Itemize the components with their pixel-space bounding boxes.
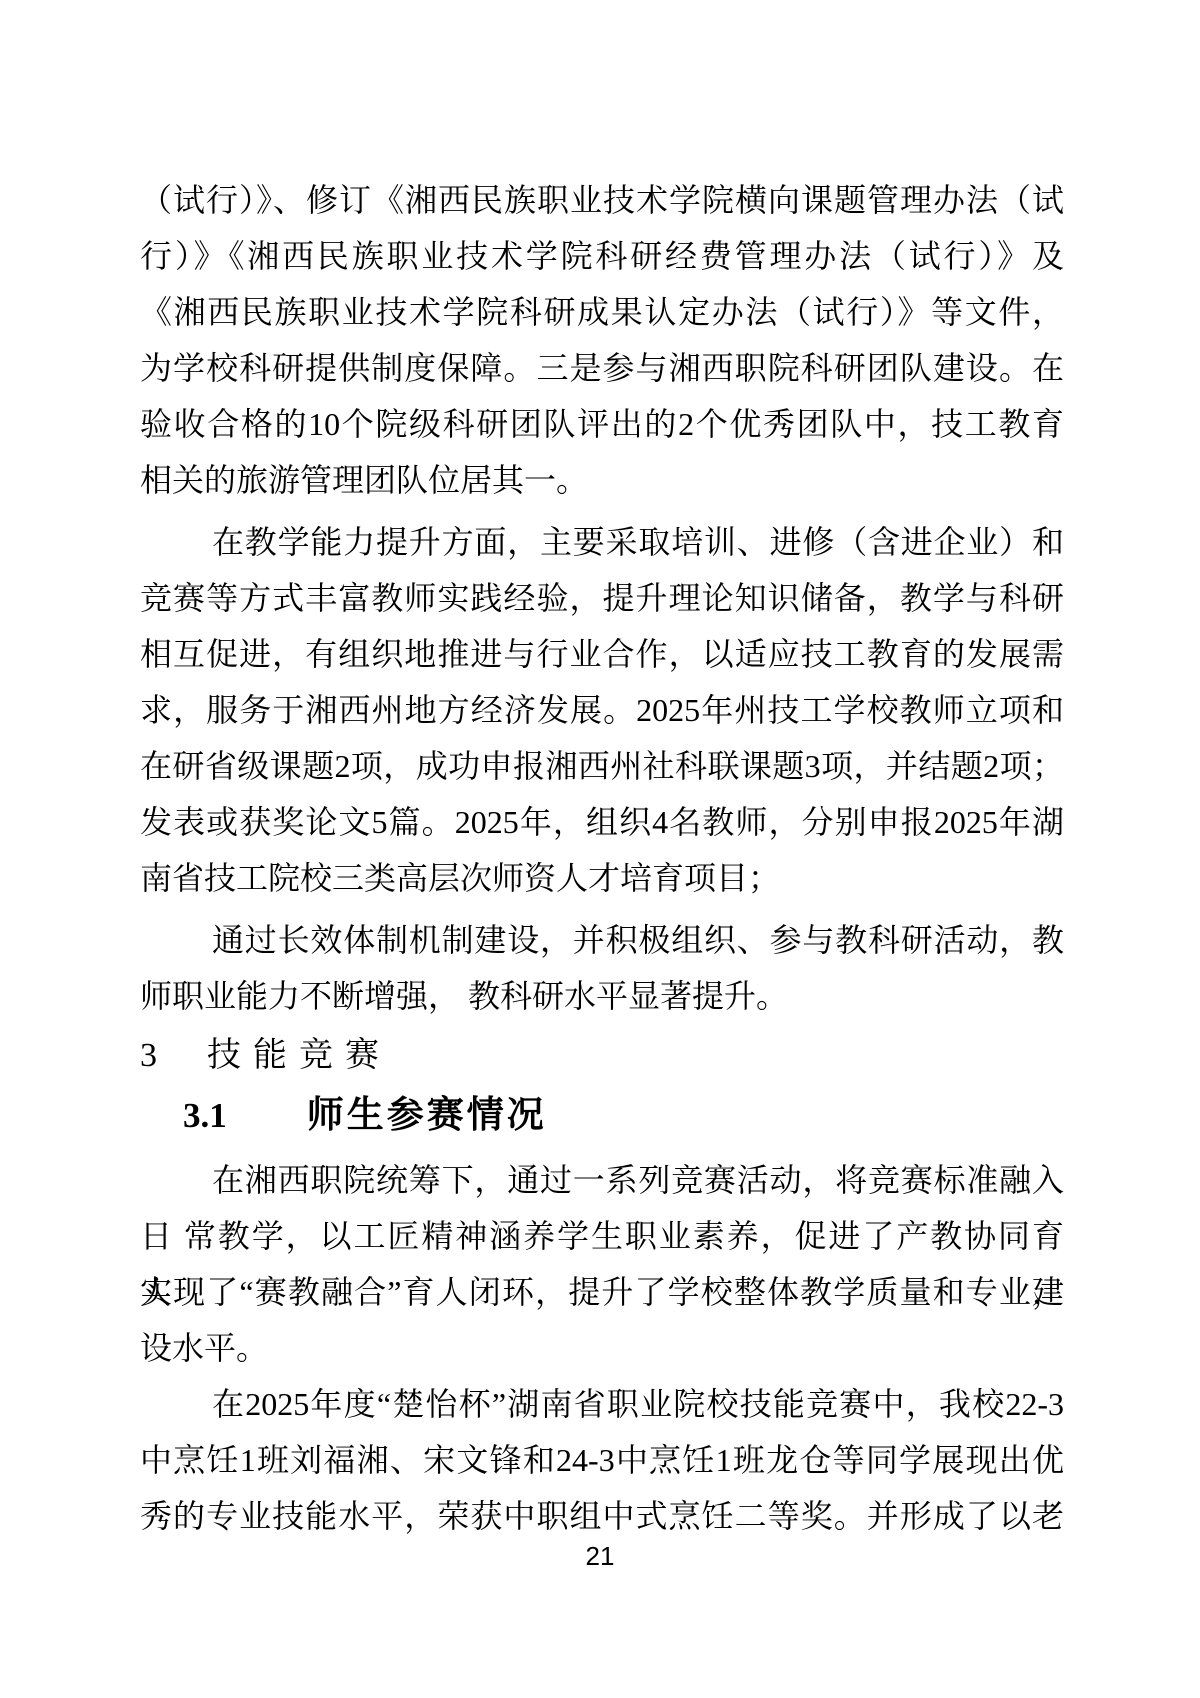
text-line: 行）》《湘西民族职业技术学院科研经费管理办法（试行）》及	[140, 228, 1064, 284]
paragraph-mechanism-building: 通过长效体制机制建设，并积极组织、参与教科研活动，教 师职业能力不断增强， 教科…	[140, 912, 1064, 1024]
text-line: 《湘西民族职业技术学院科研成果认定办法（试行）》等文件，	[140, 284, 1064, 340]
section-number: 3	[140, 1028, 157, 1084]
section-title: 技能竞赛	[207, 1037, 391, 1074]
text-line: 竞赛等方式丰富教师实践经验，提升理论知识储备，教学与科研	[140, 570, 1064, 626]
text-line: 实现了“赛教融合”育人闭环，提升了学校整体教学质量和专业建	[140, 1264, 1064, 1320]
subsection-title: 师生参赛情况	[307, 1095, 547, 1136]
text-line: 在研省级课题2项，成功申报湘西州社科联课题3项，并结题2项；	[140, 738, 1064, 794]
paragraph-research-systems: （试行）》、修订《湘西民族职业技术学院横向课题管理办法（试 行）》《湘西民族职业…	[140, 172, 1064, 508]
section-heading-skill-competition: 3技能竞赛	[140, 1028, 1064, 1084]
paragraph-chuyi-cup-results: 在2025年度“楚怡杯”湖南省职业院校技能竞赛中，我校22-3 中烹饪1班刘福湘…	[140, 1376, 1064, 1544]
text-line: 发表或获奖论文5篇。2025年，组织4名教师，分别申报2025年湖	[140, 794, 1064, 850]
text-line: 秀的专业技能水平，荣获中职组中式烹饪二等奖。并形成了以老	[140, 1488, 1064, 1544]
text-line: 中烹饪1班刘福湘、宋文锋和24-3中烹饪1班龙仓等同学展现出优	[140, 1432, 1064, 1488]
paragraph-teaching-ability: 在教学能力提升方面，主要采取培训、进修（含进企业）和 竞赛等方式丰富教师实践经验…	[140, 514, 1064, 906]
text-line: 相关的旅游管理团队位居其一。	[140, 452, 1064, 508]
text-line: 在湘西职院统筹下，通过一系列竞赛活动，将竞赛标准融入	[140, 1152, 1064, 1208]
text-line: 通过长效体制机制建设，并积极组织、参与教科研活动，教	[140, 912, 1064, 968]
text-line: 师职业能力不断增强， 教科研水平显著提升。	[140, 968, 1064, 1024]
text-line: （试行）》、修订《湘西民族职业技术学院横向课题管理办法（试	[140, 172, 1064, 228]
text-line: 为学校科研提供制度保障。三是参与湘西职院科研团队建设。在	[140, 340, 1064, 396]
text-line: 求，服务于湘西州地方经济发展。2025年州技工学校教师立项和	[140, 682, 1064, 738]
text-line: 相互促进，有组织地推进与行业合作，以适应技工教育的发展需	[140, 626, 1064, 682]
page-content: （试行）》、修订《湘西民族职业技术学院横向课题管理办法（试 行）》《湘西民族职业…	[140, 172, 1064, 1544]
text-line: 在2025年度“楚怡杯”湖南省职业院校技能竞赛中，我校22-3	[140, 1376, 1064, 1432]
subsection-number: 3.1	[183, 1096, 227, 1135]
text-line: 南省技工院校三类高层次师资人才培育项目；	[140, 850, 1064, 906]
text-line: 设水平。	[140, 1320, 1064, 1376]
page-number: 21	[0, 1541, 1200, 1571]
text-line: 在教学能力提升方面，主要采取培训、进修（含进企业）和	[140, 514, 1064, 570]
paragraph-competition-integration: 在湘西职院统筹下，通过一系列竞赛活动，将竞赛标准融入 日 常教学，以工匠精神涵养…	[140, 1152, 1064, 1376]
text-line: 验收合格的10个院级科研团队评出的2个优秀团队中，技工教育	[140, 396, 1064, 452]
document-page: （试行）》、修订《湘西民族职业技术学院横向课题管理办法（试 行）》《湘西民族职业…	[0, 0, 1200, 1698]
subsection-heading-participation: 3.1师生参赛情况	[140, 1088, 1064, 1144]
text-line: 日 常教学，以工匠精神涵养学生职业素养，促进了产教协同育人，	[140, 1208, 1064, 1264]
